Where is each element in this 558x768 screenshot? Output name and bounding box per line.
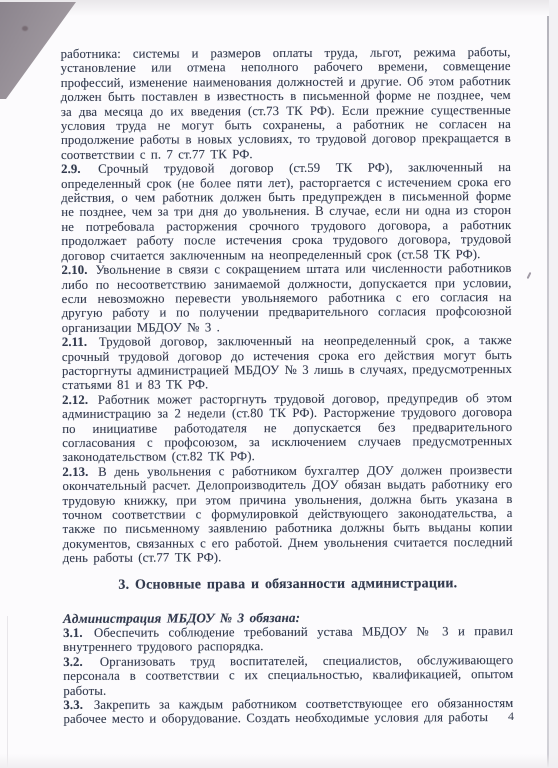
clause-number: 3.1. <box>63 626 85 640</box>
page-number: 4 <box>508 709 514 724</box>
clause-text: работника: системы и размеров оплаты тру… <box>61 45 511 162</box>
clause-2-12: 2.12. Работник может расторгнуть трудово… <box>62 391 512 465</box>
clause-number: 2.12. <box>62 393 90 407</box>
corner-speck <box>22 26 28 31</box>
section-heading: 3. Основные права и обязанности админист… <box>63 576 513 594</box>
clause-number: 2.10. <box>61 263 89 277</box>
clause-number: 2.11. <box>62 335 89 349</box>
document-text-block: работника: системы и размеров оплаты тру… <box>61 45 514 727</box>
clause-text: Срочный трудовой договор (ст.59 ТК РФ), … <box>61 160 511 262</box>
clause-2-10: 2.10. Увольнение в связи с сокращением ш… <box>61 261 511 335</box>
clause-number: 2.13. <box>62 465 90 479</box>
clause-text: Организовать труд воспитателей, специали… <box>63 653 513 698</box>
clause-number: 3.3. <box>63 698 85 712</box>
scan-bottom-shading <box>0 754 558 768</box>
clause-3-2: 3.2. Организовать труд воспитателей, спе… <box>63 653 513 698</box>
clause-text: В день увольнения с работником бухгалтер… <box>62 463 512 565</box>
clause-text: Увольнение в связи с сокращением штата и… <box>62 261 512 335</box>
scanned-document-page: работника: системы и размеров оплаты тру… <box>0 0 558 768</box>
clause-2-9: 2.9. Срочный трудовой договор (ст.59 ТК … <box>61 160 511 263</box>
clause-2-13: 2.13. В день увольнения с работником бух… <box>62 463 512 566</box>
clause-3-3: 3.3. Закрепить за каждым работником соот… <box>63 696 513 727</box>
clause-text: Закрепить за каждым работником соответст… <box>63 696 513 726</box>
clause-3-1: 3.1. Обеспечить соблюдение требований ус… <box>63 624 513 655</box>
ink-scratch-mark <box>527 272 532 279</box>
clause-text: Обеспечить соблюдение требований устава … <box>63 624 513 654</box>
scan-top-shading <box>0 0 558 16</box>
clause-number: 2.9. <box>61 162 83 176</box>
clause-text: Трудовой договор, заключенный на неопред… <box>62 333 512 392</box>
clause-2-11: 2.11. Трудовой договор, заключенный на н… <box>62 333 512 393</box>
page-left-fold-line <box>7 616 8 768</box>
page-right-edge <box>549 0 558 768</box>
clause-continuation: работника: системы и размеров оплаты тру… <box>61 45 511 162</box>
page-right-edge-line <box>547 16 549 768</box>
clause-text: Работник может расторгнуть трудовой дого… <box>62 391 512 465</box>
clause-number: 3.2. <box>63 655 85 669</box>
